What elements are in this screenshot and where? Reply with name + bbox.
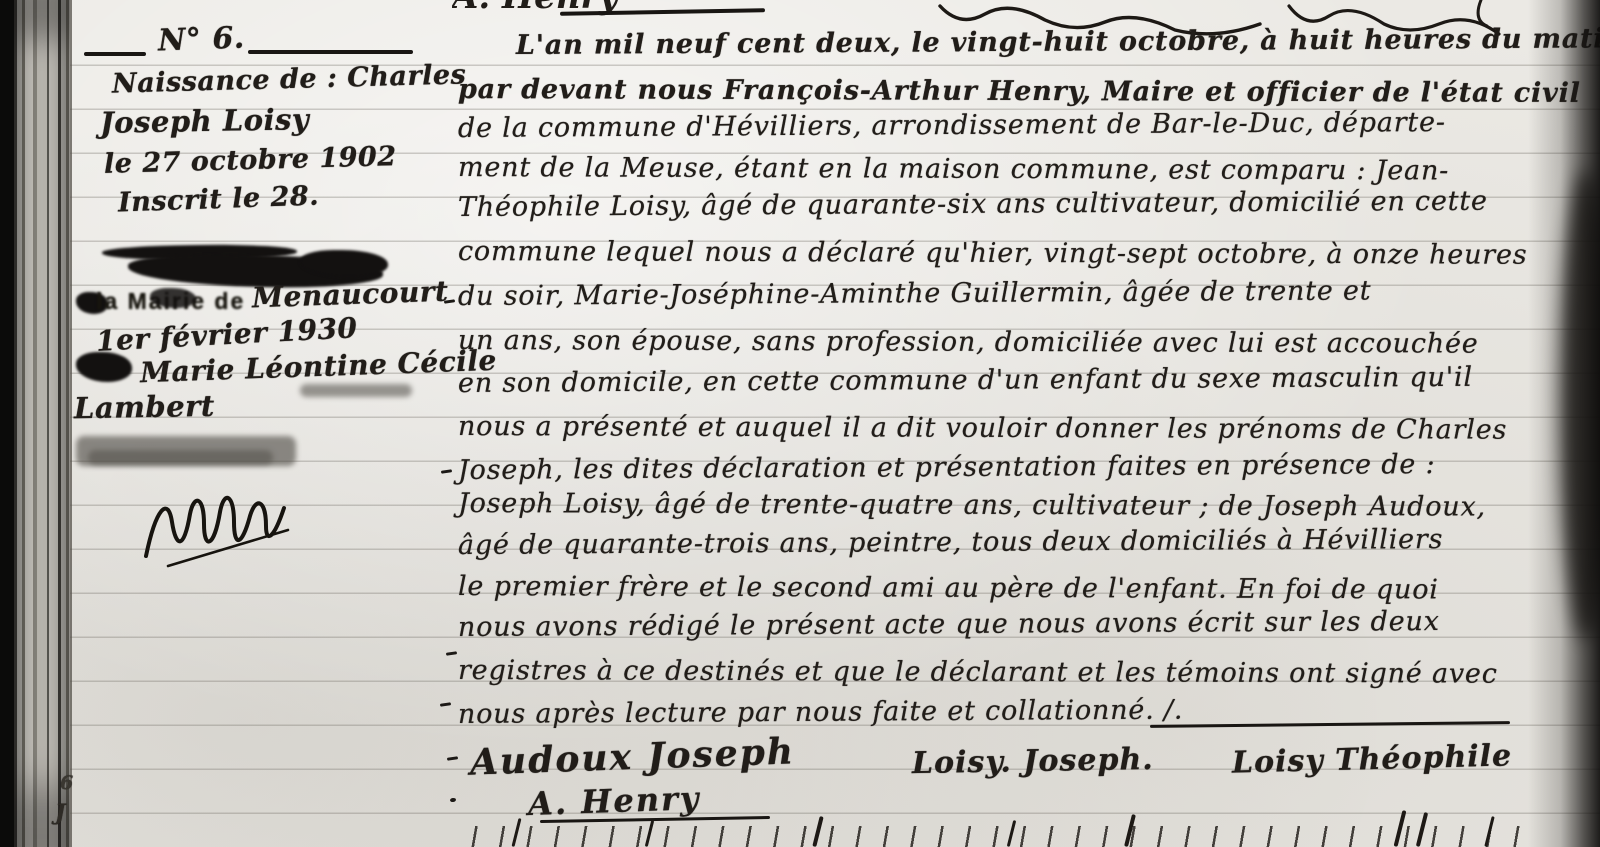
witness-signature-audoux: Audoux Joseph bbox=[469, 730, 795, 783]
lead-tick bbox=[441, 469, 452, 474]
body-line: ment de la Meuse, étant en la maison com… bbox=[458, 152, 1449, 186]
margin-signature-scrawl bbox=[138, 478, 318, 573]
body-line: un ans, son épouse, sans profession, dom… bbox=[458, 325, 1479, 360]
register-page: A. Henry N° 6. Naissance de : Charles Jo… bbox=[0, 0, 1600, 847]
lead-tick bbox=[450, 798, 456, 803]
body-line: Théophile Loisy, âgé de quarante-six ans… bbox=[458, 186, 1488, 223]
end-of-act-flourish-line bbox=[1150, 721, 1510, 728]
body-line: par devant nous François-Arthur Henry, M… bbox=[458, 74, 1581, 109]
bottom-edge-cut-line bbox=[462, 826, 1522, 847]
margin-record-line-4: Inscrit le 28. bbox=[118, 181, 320, 219]
body-line: Joseph, les dites déclaration et présent… bbox=[458, 449, 1436, 486]
body-line: nous a présenté et auquel il a dit voulo… bbox=[458, 411, 1507, 446]
body-line: en son domicile, en cette commune d'un e… bbox=[458, 362, 1473, 399]
corner-mark-j: J bbox=[55, 800, 66, 826]
margin-rule-line bbox=[70, 0, 72, 847]
lead-tick bbox=[444, 299, 455, 304]
lead-tick bbox=[440, 702, 451, 707]
body-line: du soir, Marie-Joséphine-Aminthe Guiller… bbox=[458, 275, 1372, 312]
lead-tick bbox=[447, 756, 458, 761]
act-number-left-line bbox=[84, 52, 146, 56]
greffier-stamp-smudge-2 bbox=[88, 450, 273, 465]
binding-streaks bbox=[14, 0, 70, 847]
body-line: nous après lecture par nous faite et col… bbox=[458, 695, 1183, 730]
body-line: de la commune d'Hévilliers, arrondisseme… bbox=[458, 107, 1446, 144]
corner-mark-6: 6 bbox=[60, 772, 74, 794]
body-line: registres à ce destinés et que le déclar… bbox=[458, 655, 1498, 690]
body-line: âgé de quarante-trois ans, peintre, tous… bbox=[458, 524, 1443, 561]
body-line: L'an mil neuf cent deux, le vingt-huit o… bbox=[516, 23, 1600, 61]
lead-tick bbox=[446, 651, 457, 656]
top-edge-scrawl-mid bbox=[935, 0, 1265, 24]
witness-signature-loisy-theophile: Loisy Théophile bbox=[1232, 738, 1513, 780]
spouse-surname: Lambert bbox=[74, 389, 215, 425]
margin-record-line-1: Naissance de : Charles bbox=[112, 59, 467, 99]
binding-edge bbox=[0, 0, 14, 847]
body-line: nous avons rédigé le présent acte que no… bbox=[458, 606, 1440, 643]
mayor-signature: A. Henry bbox=[527, 779, 701, 823]
ink-smear bbox=[300, 384, 412, 397]
body-line: Joseph Loisy, âgé de trente-quatre ans, … bbox=[458, 488, 1486, 523]
marriage-place: Menaucourt bbox=[251, 275, 448, 315]
witness-signature-loisy-joseph: Loisy. Joseph. bbox=[912, 742, 1154, 781]
spouse-line-blot bbox=[76, 352, 132, 382]
act-number-right-line bbox=[248, 50, 413, 54]
act-number: N° 6. bbox=[157, 20, 245, 58]
body-line: le premier frère et le second ami au pèr… bbox=[458, 571, 1439, 605]
right-edge-vignette bbox=[1528, 0, 1600, 847]
margin-record-line-3: le 27 octobre 1902 bbox=[104, 141, 397, 180]
body-line: commune lequel nous a déclaré qu'hier, v… bbox=[458, 236, 1528, 271]
margin-record-line-2: Joseph Loisy bbox=[100, 102, 310, 140]
